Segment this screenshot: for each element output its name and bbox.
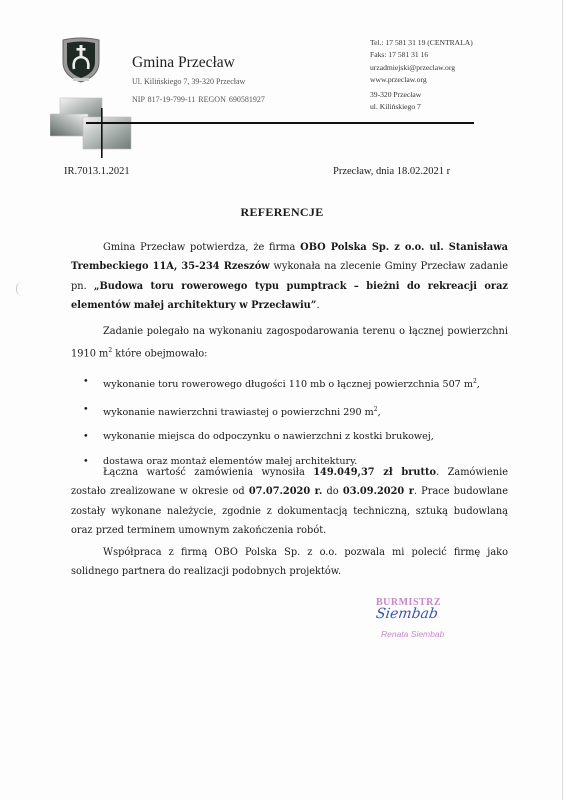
- text: Gmina Przecław potwierdza, że firma: [103, 242, 300, 253]
- date-line: Przecław, dnia 18.02.2021 r: [333, 166, 450, 177]
- handwritten-signature: Siembab: [375, 606, 439, 622]
- list-item: wykonanie toru rowerowego długości 110 m…: [83, 370, 480, 398]
- project-name: „Budowa toru rowerowego typu pumptrack –…: [71, 281, 508, 311]
- stamp-name: Renata Siembab: [381, 629, 444, 639]
- list-item: wykonanie nawierzchni trawiastej o powie…: [83, 398, 480, 426]
- coat-of-arms-icon: [61, 36, 101, 84]
- municipality-name: Gmina Przecław: [132, 54, 235, 72]
- reference-number: IR.7013.1.2021: [64, 166, 130, 177]
- text: do: [322, 486, 343, 497]
- item-end: ,: [477, 379, 480, 390]
- letterhead-decoration: [50, 95, 140, 165]
- contact-fax: Faks: 17 581 31 16: [370, 49, 473, 61]
- contact-street: ul. Kilińskiego 7: [370, 101, 473, 113]
- municipality-address: Ul. Kilińskiego 7, 39-320 Przecław: [132, 77, 245, 86]
- contact-block: Tel.: 17 581 31 19 (CENTRALA) Faks: 17 5…: [370, 37, 473, 113]
- paragraph-recommendation: Współpraca z firmą OBO Polska Sp. z o.o.…: [71, 543, 508, 582]
- item-text: wykonanie nawierzchni trawiastej o powie…: [103, 407, 374, 418]
- contact-postal: 39-320 Przecław: [370, 89, 473, 101]
- scope-list: wykonanie toru rowerowego długości 110 m…: [83, 370, 480, 474]
- paragraph-confirmation: Gmina Przecław potwierdza, że firma OBO …: [71, 238, 508, 315]
- end-date: 03.09.2020 r: [343, 486, 414, 497]
- recommendation-text: Współpraca z firmą OBO Polska Sp. z o.o.…: [71, 543, 508, 582]
- punch-hole-mark: [16, 282, 23, 296]
- text: .: [316, 300, 319, 311]
- municipality-tax-ids: NIP 817-19-799-11 REGON 690581927: [132, 95, 265, 104]
- list-item: wykonanie miejsca do odpoczynku o nawier…: [83, 425, 480, 450]
- contract-value: 149.049,37 zł brutto: [313, 467, 436, 478]
- page-edge: [562, 0, 563, 800]
- document-title: REFERENCJE: [0, 205, 564, 220]
- text: które obejmowało:: [112, 349, 207, 360]
- item-text: wykonanie toru rowerowego długości 110 m…: [103, 379, 473, 390]
- paragraph-scope: Zadanie polegało na wykonaniu zagospodar…: [71, 322, 508, 364]
- contact-website: www.przeclaw.org: [370, 74, 473, 86]
- item-text: wykonanie miejsca do odpoczynku o nawier…: [103, 431, 434, 442]
- paragraph-value: Łączna wartość zamówienia wynosiła 149.0…: [71, 463, 508, 540]
- contact-phone: Tel.: 17 581 31 19 (CENTRALA): [370, 37, 473, 49]
- text: Łączna wartość zamówienia wynosiła: [103, 467, 313, 478]
- start-date: 07.07.2020 r.: [249, 486, 323, 497]
- item-end: ,: [378, 407, 381, 418]
- header-rule: [86, 122, 474, 124]
- contact-email: urzadmiejski@przeclaw.org: [370, 62, 473, 74]
